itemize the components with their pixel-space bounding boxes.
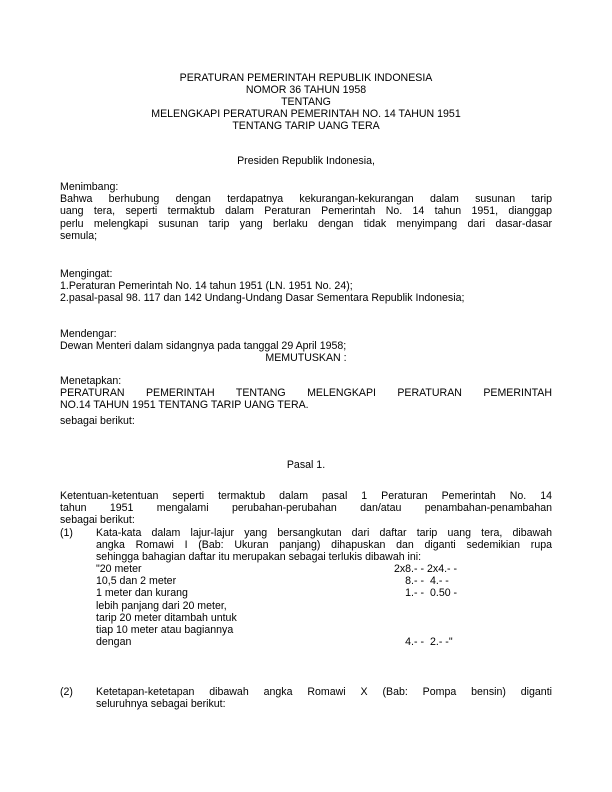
item-2-number: (2) [60, 686, 73, 698]
item-1-text: Kata-kata dalam lajur-lajur yang bersang… [96, 527, 552, 564]
menimbang-line: semula; [60, 230, 552, 242]
mendengar-label: Mendengar: [60, 328, 552, 340]
pasal-1-title: Pasal 1. [0, 459, 612, 471]
pasal-1-intro: Ketentuan-ketentuan seperti termaktub da… [60, 490, 552, 527]
tariff-row-value-2: 4.- - [430, 575, 449, 587]
tariff-row-value-1: 1.- - [405, 587, 424, 599]
header-line-3: TENTANG [0, 96, 612, 108]
pasal-1-intro-line: Ketentuan-ketentuan seperti termaktub da… [60, 490, 552, 502]
mendengar-section: Mendengar: Dewan Menteri dalam sidangnya… [60, 328, 552, 352]
menimbang-section: Menimbang: Bahwa berhubung dengan terdap… [60, 181, 552, 242]
menetapkan-label: Menetapkan: [60, 375, 552, 387]
item-1-number: (1) [60, 527, 73, 539]
president-line: Presiden Republik Indonesia, [0, 155, 612, 167]
menimbang-line: perlu melengkapi susunan tarip yang berl… [60, 218, 552, 230]
mengingat-label: Mengingat: [60, 268, 552, 280]
item-2-line: Ketetapan-ketetapan dibawah angka Romawi… [96, 686, 552, 698]
item-1-line: angka Romawi I (Bab: Ukuran panjang) dih… [96, 539, 552, 551]
item-2-text: Ketetapan-ketetapan dibawah angka Romawi… [96, 686, 552, 710]
menimbang-label: Menimbang: [60, 181, 552, 193]
tariff-row-value-2: 0.50 - [430, 587, 457, 599]
menetapkan-section: Menetapkan: PERATURAN PEMERINTAH TENTANG… [60, 375, 552, 412]
tariff-row-label: "20 meter [96, 563, 142, 575]
item-1-line: sehingga bahagian daftar itu merupakan s… [96, 551, 552, 563]
sebagai-berikut: sebagai berikut: [60, 415, 135, 427]
menimbang-line: Bahwa berhubung dengan terdapatnya kekur… [60, 193, 552, 205]
pasal-1-intro-line: tahun 1951 mengalami perubahan-perubahan… [60, 502, 552, 514]
mengingat-section: Mengingat: 1.Peraturan Pemerintah No. 14… [60, 268, 552, 305]
tariff-row-label: tarip 20 meter ditambah untuk [96, 612, 237, 624]
item-1-line: Kata-kata dalam lajur-lajur yang bersang… [96, 527, 552, 539]
tariff-row-value-2: 2.- -" [430, 636, 453, 648]
tariff-row-label: 1 meter dan kurang [96, 587, 188, 599]
tariff-row-value-2: 2x4.- - [427, 563, 457, 575]
tariff-row-value-1: 4.- - [405, 636, 424, 648]
tariff-row-value-1: 2x8.- - [394, 563, 424, 575]
menetapkan-line: PERATURAN PEMERINTAH TENTANG MELENGKAPI … [60, 387, 552, 399]
tariff-row-label: 10,5 dan 2 meter [96, 575, 176, 587]
mengingat-item: 1.Peraturan Pemerintah No. 14 tahun 1951… [60, 280, 552, 292]
menimbang-line: uang tera, seperti termaktub dalam Perat… [60, 205, 552, 217]
header-line-2: NOMOR 36 TAHUN 1958 [0, 84, 612, 96]
tariff-row-label: tiap 10 meter atau bagiannya [96, 624, 233, 636]
tariff-row-label: dengan [96, 636, 131, 648]
mengingat-item: 2.pasal-pasal 98. 117 dan 142 Undang-Und… [60, 292, 552, 304]
tariff-row-value-1: 8.- - [405, 575, 424, 587]
mendengar-text: Dewan Menteri dalam sidangnya pada tangg… [60, 340, 552, 352]
pasal-1-intro-line: sebagai berikut: [60, 514, 552, 526]
header-line-1: PERATURAN PEMERINTAH REPUBLIK INDONESIA [0, 72, 612, 84]
header-line-4: MELENGKAPI PERATURAN PEMERINTAH NO. 14 T… [0, 108, 612, 120]
item-2-line: seluruhnya sebagai berikut: [96, 698, 552, 710]
menetapkan-line: NO.14 TAHUN 1951 TENTANG TARIP UANG TERA… [60, 399, 552, 411]
memutuskan-heading: MEMUTUSKAN : [0, 352, 612, 364]
header-line-5: TENTANG TARIP UANG TERA [0, 120, 612, 132]
tariff-row-label: lebih panjang dari 20 meter, [96, 600, 227, 612]
document-page: PERATURAN PEMERINTAH REPUBLIK INDONESIA … [0, 0, 612, 792]
